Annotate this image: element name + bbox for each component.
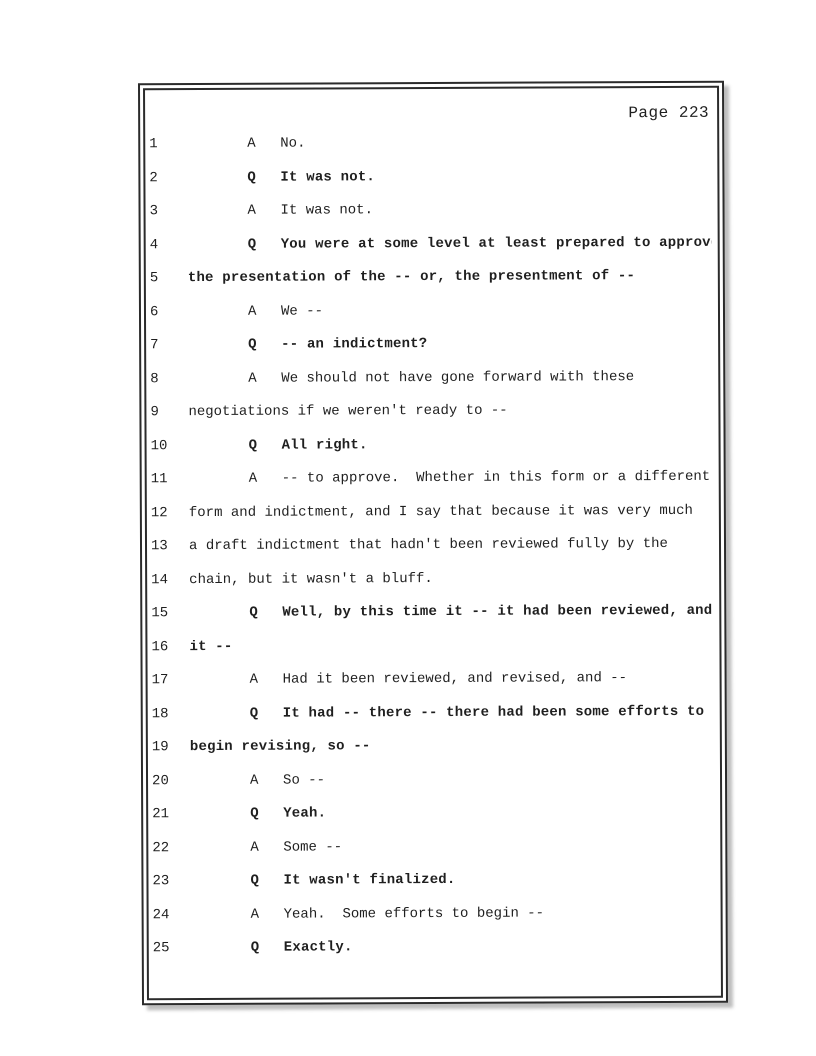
transcript-line: 17AHad it been reviewed, and revised, an… [152,662,714,698]
line-number: 22 [152,832,190,866]
transcript-line: 22ASome -- [152,829,714,865]
page-number: Page 223 [149,100,711,128]
line-text: You were at some level at least prepared… [281,226,712,261]
transcript-line: 4QYou were at some level at least prepar… [150,226,712,262]
transcript-line: 7Q-- an indictment? [150,327,712,363]
line-text: begin revising, so -- [190,729,714,765]
transcript-line: 6AWe -- [150,293,712,329]
speaker-label: Q [249,597,282,631]
speaker-label: A [250,831,283,865]
transcript-line: 13a draft indictment that hadn't been re… [151,528,713,564]
line-text: a draft indictment that hadn't been revi… [189,528,713,564]
line-number: 14 [151,564,189,598]
line-text: it -- [189,628,713,664]
line-number: 3 [149,195,187,229]
line-text: Some -- [283,829,714,864]
line-number: 24 [153,899,191,933]
transcript-line: 24AYeah. Some efforts to begin -- [153,896,715,932]
transcript-line: 18QIt had -- there -- there had been som… [152,695,714,731]
speaker-label: A [247,195,280,229]
speaker-label: A [251,898,284,932]
line-text: chain, but it wasn't a bluff. [189,561,713,597]
line-number: 5 [150,262,188,296]
line-text: form and indictment, and I say that beca… [189,494,713,530]
line-number: 23 [152,865,190,899]
line-number: 8 [150,363,188,397]
line-number: 4 [150,229,188,263]
line-number: 7 [150,329,188,363]
transcript-line: 3AIt was not. [149,193,711,229]
line-text: -- an indictment? [281,327,712,362]
line-text: Yeah. Some efforts to begin -- [284,896,715,931]
transcript-line: 14chain, but it wasn't a bluff. [151,561,713,597]
transcript-page-inner: Page 223 1ANo.2QIt was not.3AIt was not.… [143,86,723,1001]
speaker-label: A [248,362,281,396]
speaker-label: Q [249,429,282,463]
transcript-line: 2QIt was not. [149,159,711,195]
line-text: negotiations if we weren't ready to -- [188,394,712,430]
transcript-line: 16it -- [151,628,713,664]
speaker-label: A [250,764,283,798]
transcript-line: 11A-- to approve. Whether in this form o… [151,461,713,497]
transcript-line: 8AWe should not have gone forward with t… [150,360,712,396]
line-text: All right. [282,427,713,462]
speaker-label: A [250,664,283,698]
line-number: 6 [150,296,188,330]
line-number: 13 [151,530,189,564]
transcript-line: 12form and indictment, and I say that be… [151,494,713,530]
speaker-label: Q [251,932,284,966]
speaker-label: Q [250,697,283,731]
line-number: 10 [151,430,189,464]
line-text: We should not have gone forward with the… [281,360,712,395]
transcript-line: 15QWell, by this time it -- it had been … [151,595,713,631]
transcript-line: 1ANo. [149,126,711,162]
transcript-line: 10QAll right. [151,427,713,463]
line-number: 2 [149,162,187,196]
transcript-line: 19begin revising, so -- [152,729,714,765]
speaker-label: Q [250,798,283,832]
line-number: 12 [151,497,189,531]
transcript-line: 25QExactly. [153,930,715,966]
speaker-label: Q [250,865,283,899]
speaker-label: A [247,128,280,162]
transcript-line: 21QYeah. [152,796,714,832]
transcript-line: 9negotiations if we weren't ready to -- [150,394,712,430]
line-number: 17 [152,664,190,698]
line-number: 9 [150,396,188,430]
speaker-label: A [248,295,281,329]
transcript-line: 20ASo -- [152,762,714,798]
line-number: 18 [152,698,190,732]
transcript-page: Page 223 1ANo.2QIt was not.3AIt was not.… [138,81,728,1006]
line-text: It was not. [280,193,711,228]
line-number: 16 [151,631,189,665]
line-number: 21 [152,798,190,832]
line-number: 15 [151,597,189,631]
line-text: It was not. [280,159,711,194]
transcript-line: 5the presentation of the -- or, the pres… [150,260,712,296]
line-number: 1 [149,128,187,162]
speaker-label: Q [247,161,280,195]
line-text: Yeah. [283,796,714,831]
speaker-label: Q [248,329,281,363]
line-number: 25 [153,932,191,966]
line-text: the presentation of the -- or, the prese… [188,260,712,296]
line-number: 11 [151,463,189,497]
line-text: It had -- there -- there had been some e… [283,695,714,730]
line-text: No. [280,126,711,161]
line-text: We -- [281,293,712,328]
speaker-label: Q [248,228,281,262]
line-number: 19 [152,731,190,765]
line-text: -- to approve. Whether in this form or a… [282,461,713,496]
line-number: 20 [152,765,190,799]
transcript-line: 23QIt wasn't finalized. [152,863,714,899]
line-text: Exactly. [284,930,715,965]
line-text: Had it been reviewed, and revised, and -… [283,662,714,697]
speaker-label: A [249,463,282,497]
line-text: It wasn't finalized. [283,863,714,898]
transcript-lines: 1ANo.2QIt was not.3AIt was not.4QYou wer… [149,126,715,966]
line-text: Well, by this time it -- it had been rev… [282,595,713,630]
line-text: So -- [283,762,714,797]
